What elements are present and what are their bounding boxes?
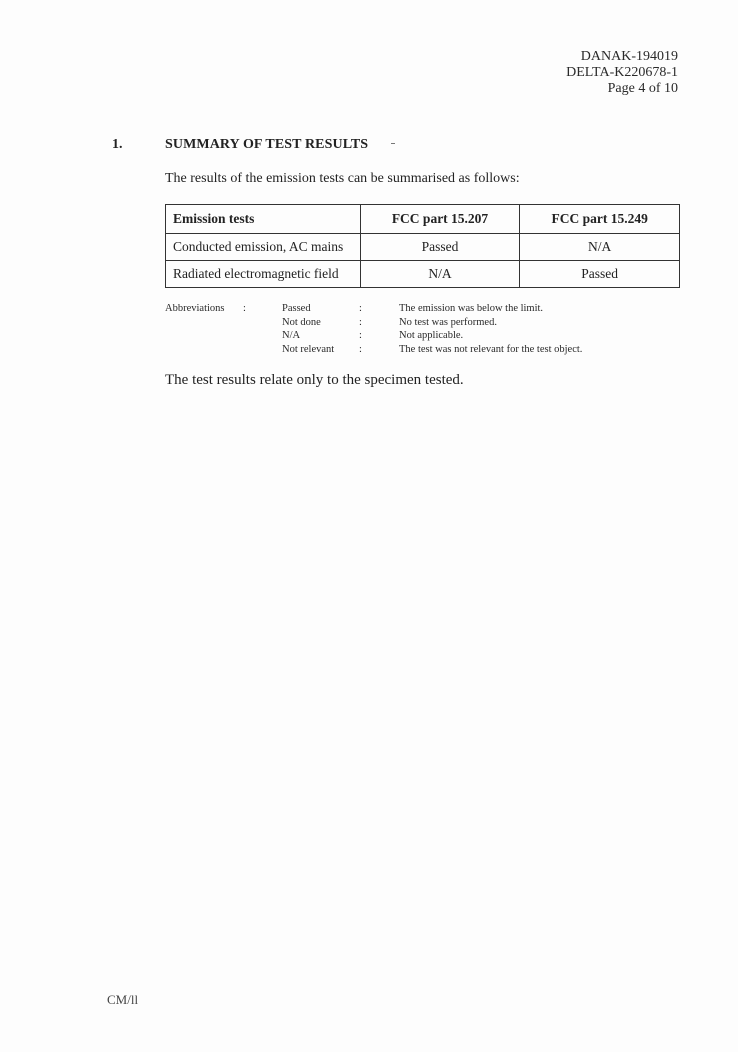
table-header-row: Emission tests FCC part 15.207 FCC part … — [166, 205, 680, 234]
section-number: 1. — [112, 137, 123, 153]
abbreviation-term: N/A — [282, 329, 334, 343]
result-cell: N/A — [520, 234, 680, 261]
abbreviation-separators: : : : : — [359, 302, 362, 356]
separator: : — [359, 316, 362, 330]
delta-report-number: DELTA-K220678-1 — [566, 65, 678, 81]
abbreviation-term: Not done — [282, 316, 334, 330]
header-fcc-15-249: FCC part 15.249 — [520, 205, 680, 234]
abbreviations-label: Abbreviations — [165, 302, 225, 316]
abbreviation-terms: Passed Not done N/A Not relevant — [282, 302, 334, 356]
document-reference: DANAK-194019 DELTA-K220678-1 Page 4 of 1… — [566, 49, 678, 97]
header-fcc-15-207: FCC part 15.207 — [360, 205, 520, 234]
abbreviation-term: Not relevant — [282, 343, 334, 357]
result-cell: Passed — [520, 261, 680, 288]
header-emission-tests: Emission tests — [166, 205, 361, 234]
disclaimer-text: The test results relate only to the spec… — [165, 372, 464, 389]
scan-mark — [391, 143, 395, 144]
footer-initials: CM/ll — [107, 992, 138, 1008]
separator: : — [359, 343, 362, 357]
test-name: Radiated electromagnetic field — [166, 261, 361, 288]
table-row: Conducted emission, AC mains Passed N/A — [166, 234, 680, 261]
separator: : — [359, 302, 362, 316]
results-table: Emission tests FCC part 15.207 FCC part … — [165, 204, 680, 288]
separator: : — [359, 329, 362, 343]
table-row: Radiated electromagnetic field N/A Passe… — [166, 261, 680, 288]
danak-number: DANAK-194019 — [566, 49, 678, 65]
section-title: SUMMARY OF TEST RESULTS — [165, 137, 368, 153]
abbreviation-definitions: The emission was below the limit. No tes… — [399, 302, 582, 356]
intro-text: The results of the emission tests can be… — [165, 171, 520, 187]
abbreviation-definition: Not applicable. — [399, 329, 582, 343]
abbreviation-definition: The test was not relevant for the test o… — [399, 343, 582, 357]
abbreviation-term: Passed — [282, 302, 334, 316]
result-cell: N/A — [360, 261, 520, 288]
abbreviation-definition: No test was performed. — [399, 316, 582, 330]
abbreviations-separator: : — [243, 302, 246, 316]
test-name: Conducted emission, AC mains — [166, 234, 361, 261]
abbreviation-definition: The emission was below the limit. — [399, 302, 582, 316]
result-cell: Passed — [360, 234, 520, 261]
page-number: Page 4 of 10 — [566, 81, 678, 97]
